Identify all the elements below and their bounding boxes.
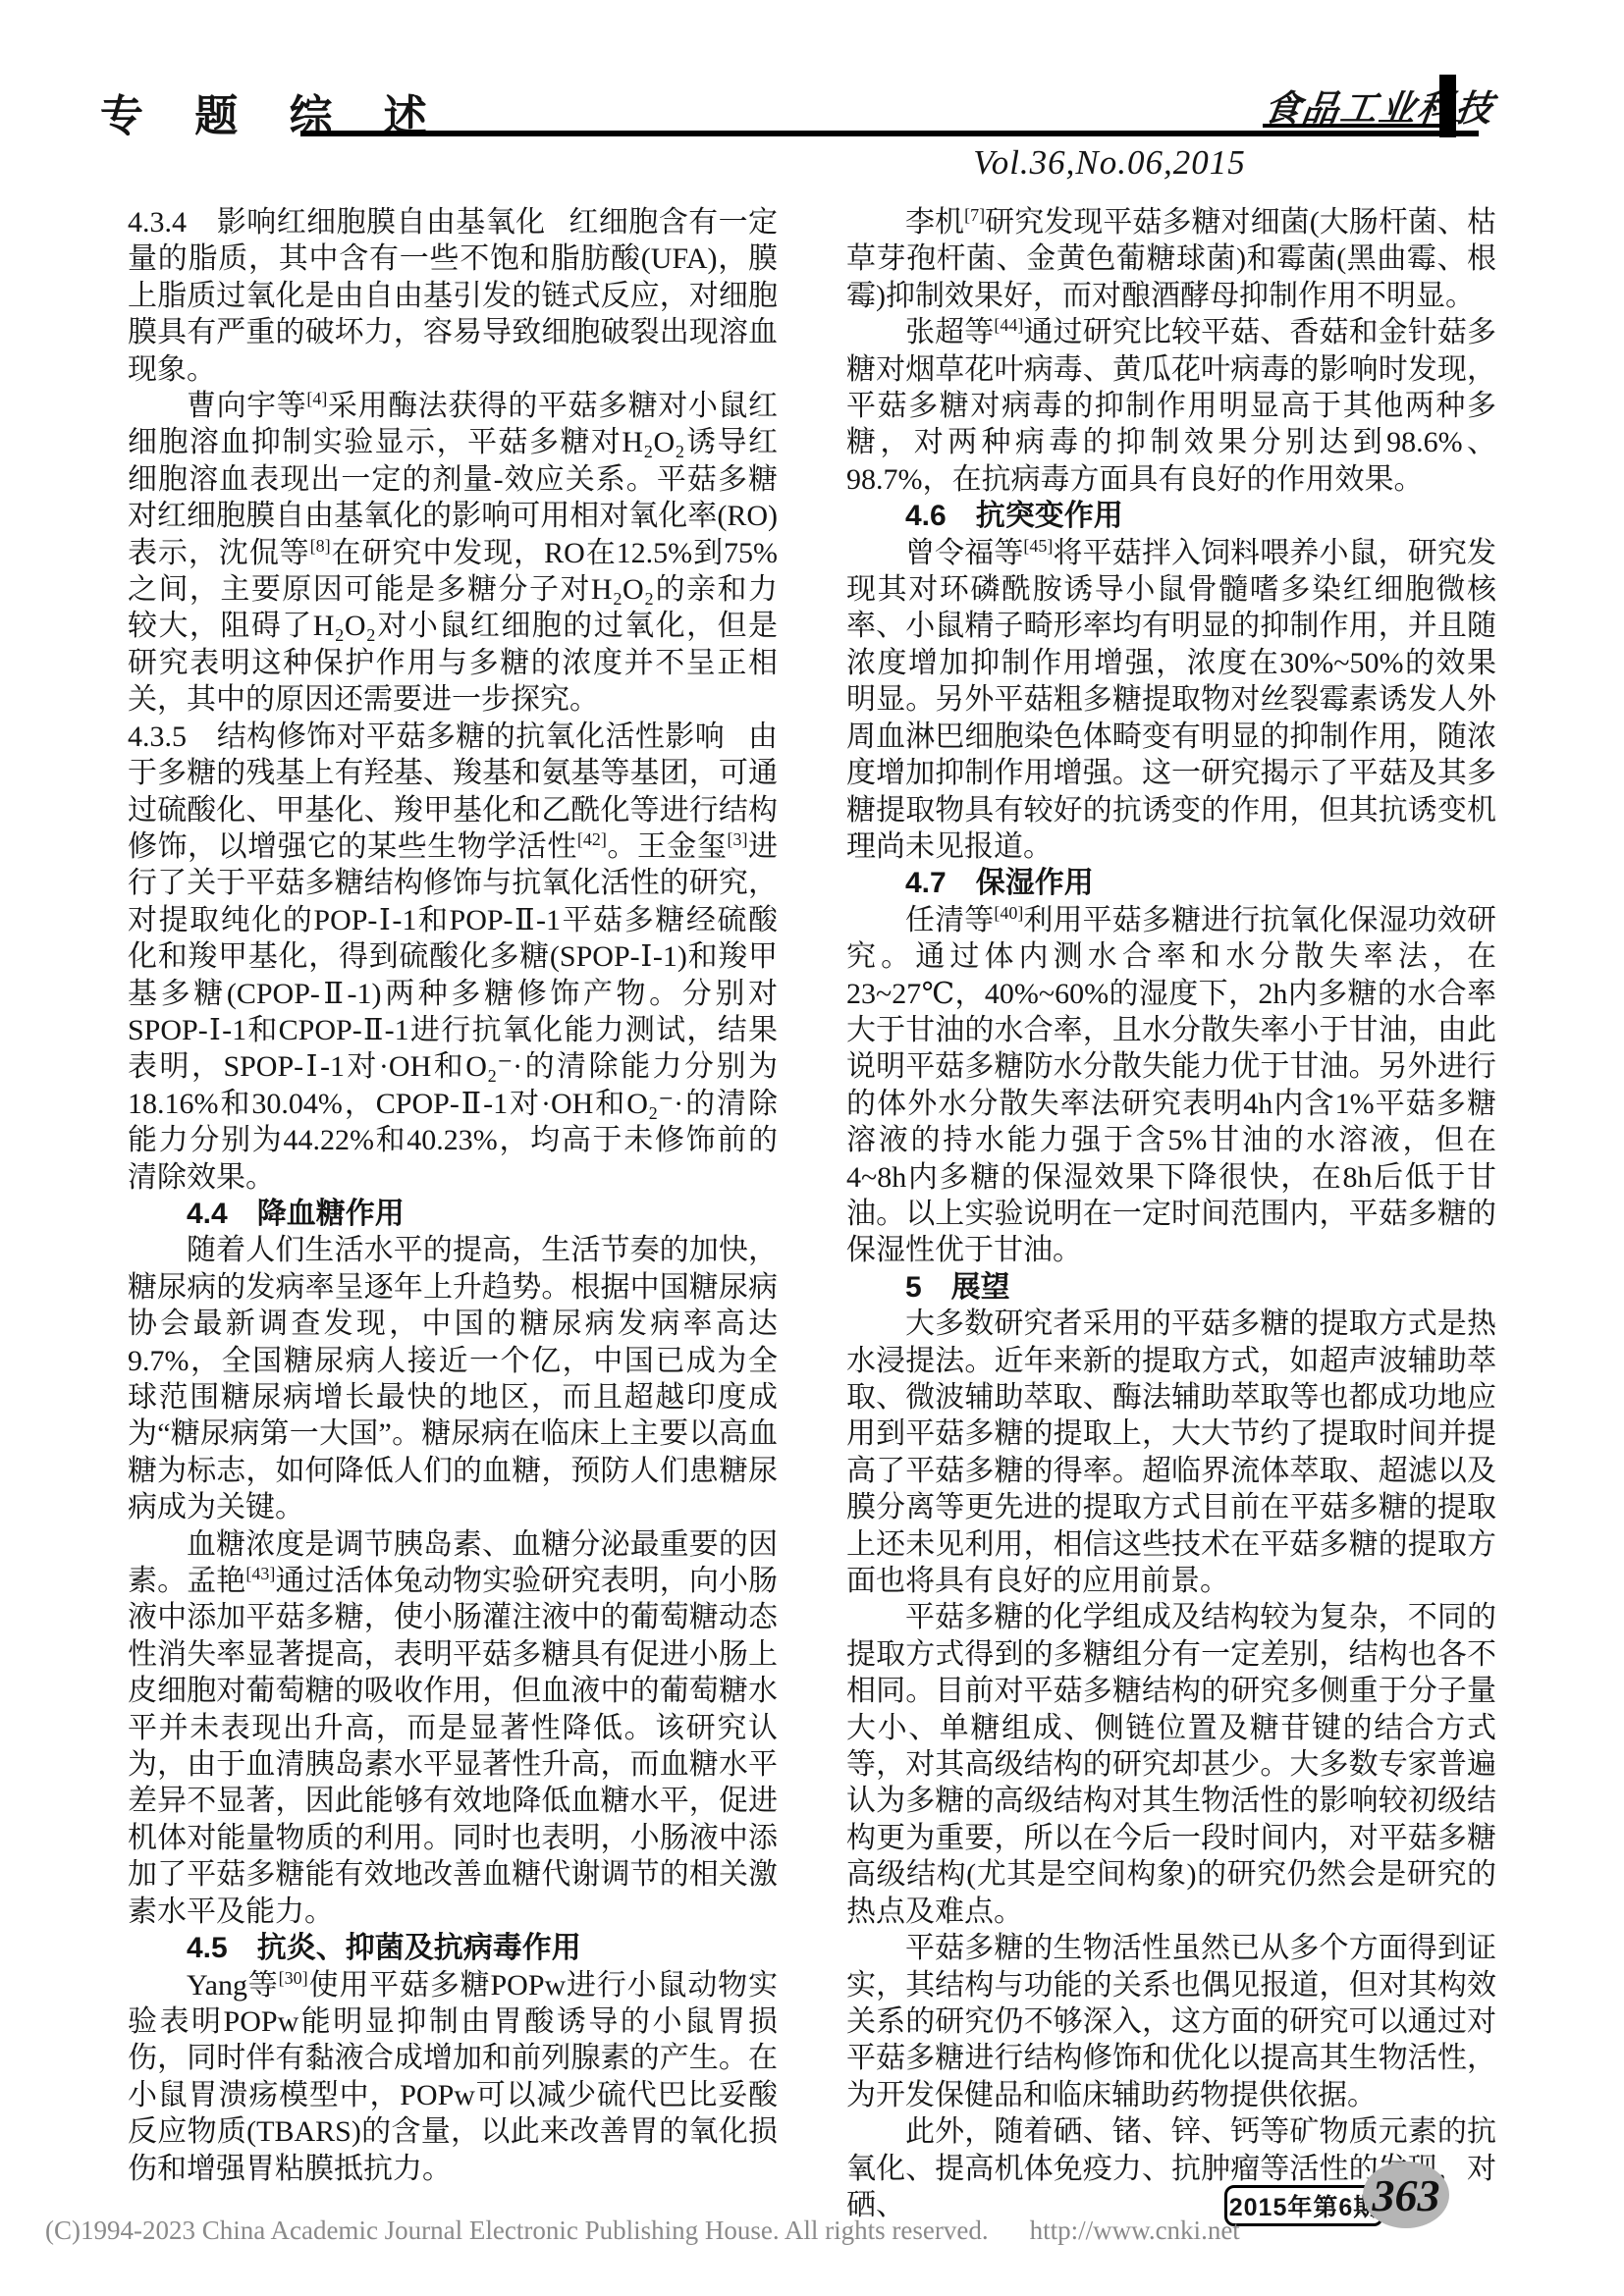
volume-issue-line: Vol.36,No.06,2015 [913, 143, 1306, 183]
paragraph-outlook-extraction: 大多数研究者采用的平菇多糖的提取方式是热水浸提法。近年来新的提取方式，如超声波辅… [846, 1306, 1496, 1599]
heading-5: 5 展望 [846, 1269, 1496, 1306]
paragraph-outlook-structure: 平菇多糖的化学组成及结构较为复杂，不同的提取方式得到的多糖组分有一定差别，结构也… [846, 1599, 1496, 1930]
paragraph-diabetes-trend: 随着人们生活水平的提高，生活节奏的加快，糖尿病的发病率呈逐年上升趋势。根据中国糖… [128, 1232, 778, 1525]
copyright-line: (C)1994-2023 China Academic Journal Elec… [45, 2216, 1420, 2246]
heading-4-4: 4.4 降血糖作用 [128, 1196, 778, 1232]
heading-4-6: 4.6 抗突变作用 [846, 498, 1496, 534]
heading-4-5: 4.5 抗炎、抑菌及抗病毒作用 [128, 1930, 778, 1966]
right-column: 李机[7]研究发现平菇多糖对细菌(大肠杆菌、枯草芽孢杆菌、金黄色葡糖球菌)和霉菌… [846, 204, 1496, 2223]
paragraph-blood-sugar: 血糖浓度是调节胰岛素、血糖分泌最重要的因素。孟艳[43]通过活体兔动物实验研究表… [128, 1526, 778, 1930]
section-4-3-4: 4.3.4 影响红细胞膜自由基氧化红细胞含有一定量的脂质，其中含有一些不饱和脂肪… [128, 204, 778, 388]
paragraph-cao-xiangyu: 曹向宇等[4]采用酶法获得的平菇多糖对小鼠红细胞溶血抑制实验显示，平菇多糖对H₂… [128, 388, 778, 719]
paragraph-zhang-chao: 张超等[44]通过研究比较平菇、香菇和金针菇多糖对烟草花叶病毒、黄瓜花叶病毒的影… [846, 314, 1496, 498]
left-column: 4.3.4 影响红细胞膜自由基氧化红细胞含有一定量的脂质，其中含有一些不饱和脂肪… [128, 204, 778, 2187]
section-4-3-4-heading: 4.3.4 影响红细胞膜自由基氧化 [128, 206, 546, 239]
cnki-url: http://www.cnki.net [1030, 2216, 1240, 2245]
paragraph-antimutation: 曾令福等[45]将平菇拌入饲料喂养小鼠，研究发现其对环磷酰胺诱导小鼠骨髓嗜多染红… [846, 535, 1496, 866]
section-4-3-5-body: 由于多糖的残基上有羟基、羧基和氨基等基团，可通过硫酸化、甲基化、羧甲基化和乙酰化… [128, 721, 778, 1194]
journal-logo-underline [1263, 124, 1443, 128]
copyright-text: (C)1994-2023 China Academic Journal Elec… [45, 2216, 989, 2245]
paragraph-moisturizing: 任清等[40]利用平菇多糖进行抗氧化保湿功效研究。通过体内测水合率和水分散失率法… [846, 902, 1496, 1269]
journal-logo-bar [1439, 75, 1456, 137]
section-4-3-5: 4.3.5 结构修饰对平菇多糖的抗氧化活性影响由于多糖的残基上有羟基、羧基和氨基… [128, 719, 778, 1196]
paragraph-li-ji: 李机[7]研究发现平菇多糖对细菌(大肠杆菌、枯草芽孢杆菌、金黄色葡糖球菌)和霉菌… [846, 204, 1496, 314]
journal-page: 专 题 综 述 食品工业科技 Vol.36,No.06,2015 4.3.4 影… [0, 0, 1624, 2296]
heading-4-7: 4.7 保湿作用 [846, 865, 1496, 901]
paragraph-yang-popw: Yang等[30]使用平菇多糖POPw进行小鼠动物实验表明POPw能明显抑制由胃… [128, 1967, 778, 2187]
section-4-3-5-heading: 4.3.5 结构修饰对平菇多糖的抗氧化活性影响 [128, 721, 725, 753]
paragraph-outlook-bioactivity: 平菇多糖的生物活性虽然已从多个方面得到证实，其结构与功能的关系也偶见报道，但对其… [846, 1930, 1496, 2113]
